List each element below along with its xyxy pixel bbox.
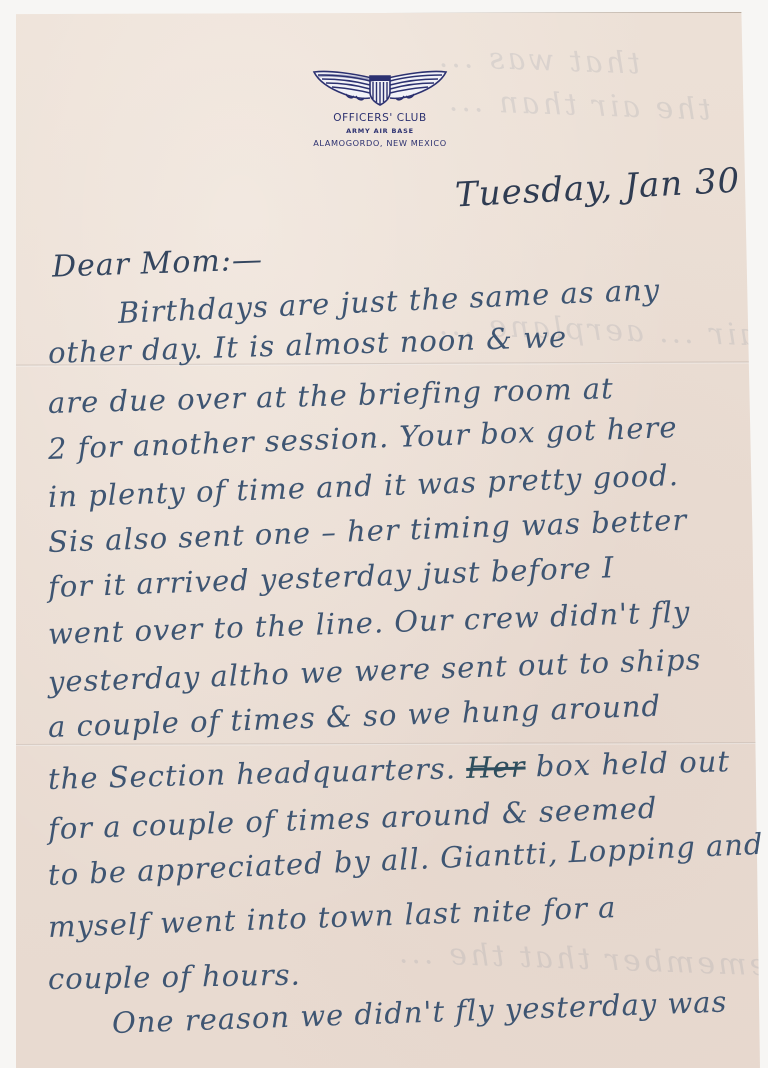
bleed-through-text: the air than ... — [445, 83, 711, 127]
letterhead-location: ALAMOGORDO, NEW MEXICO — [290, 138, 470, 148]
letterhead-title: OFFICERS' CLUB — [290, 112, 470, 124]
struck-word: Her — [466, 750, 526, 786]
letterhead-subtitle: ARMY AIR BASE — [290, 127, 470, 135]
letter-line: couple of hours. — [48, 958, 301, 996]
letterhead: OFFICERS' CLUB ARMY AIR BASE ALAMOGORDO,… — [290, 66, 470, 148]
scanned-letter: that was ... the air than ... fair ... a… — [0, 0, 768, 1068]
letter-salutation: Dear Mom:— — [51, 242, 263, 284]
letter-line-text: box held out — [535, 744, 730, 783]
army-air-forces-wings-icon — [310, 66, 450, 106]
bleed-through-text: ... remember that the ... — [396, 935, 768, 985]
